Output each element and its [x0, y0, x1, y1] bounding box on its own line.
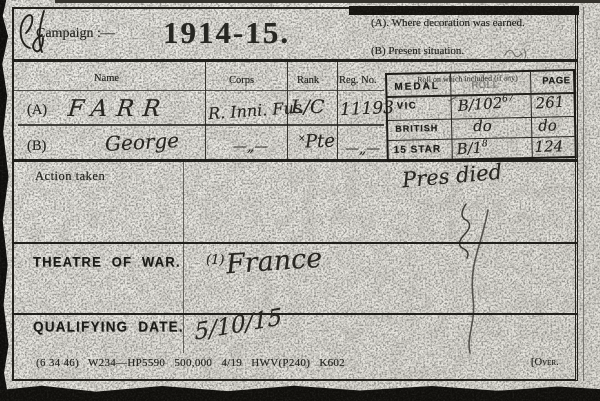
roll-ref-victory: B/10267	[457, 93, 514, 115]
roll-column-header: ROLL	[471, 80, 498, 92]
page-ref-15star: 124	[534, 137, 563, 156]
qualifying-date-label: QUALIFYING DATE.	[33, 318, 184, 334]
scan-bottom-black-edge	[0, 384, 600, 401]
present-situation-label: (B) Present situation.	[371, 45, 464, 57]
top-right-stamped-bar	[349, 6, 579, 15]
roll-ref-british-base: do	[473, 117, 492, 135]
rank-value-row-b: Pte	[305, 130, 336, 152]
surname-value: FARR	[67, 96, 171, 122]
column-header-name: Name	[94, 73, 119, 84]
medal-column-header: MEDAL	[394, 81, 440, 93]
rank-value-row-a: L/C	[291, 96, 325, 118]
row-a-underline	[18, 124, 384, 126]
roll-ref-victory-base: B/102	[457, 94, 503, 115]
forename-value: George	[104, 128, 179, 156]
table-header-underline	[14, 90, 384, 91]
roll-ref-15star-base: B/1	[456, 138, 483, 158]
medal-box-divider-1	[450, 74, 453, 159]
column-divider-rank-reg	[337, 62, 338, 161]
row-a-prefix: (A)	[27, 102, 47, 119]
medal-roll-stamp-box: Roll on which included (if any) MEDAL RO…	[385, 69, 577, 162]
medal-index-card-scan: Campaign :— 1914-15. (A). Where decorati…	[0, 0, 600, 401]
column-header-reg-no: Reg. No.	[339, 75, 377, 86]
roll-ref-british: do	[473, 117, 492, 135]
column-header-rank: Rank	[297, 75, 319, 86]
roll-ref-15star: B/18	[456, 138, 489, 158]
header-divider-rule	[13, 59, 577, 62]
action-taken-label: Action taken	[35, 169, 105, 184]
print-code-imprint: (6 34 46) W234—HP5590 500,000 4/19 HWV(P…	[36, 357, 345, 369]
campaign-year-title: 1914-15.	[163, 15, 290, 51]
theatre-of-war-label: THEATRE OF WAR.	[33, 253, 181, 269]
column-divider-name-corps	[205, 62, 206, 161]
campaign-label: Campaign :—	[36, 26, 115, 42]
medal-row-victory: VIC	[397, 100, 418, 111]
reg-no-ditto-mark: —„—	[345, 141, 380, 157]
roll-ref-15star-sup: 8	[482, 139, 488, 149]
page-ref-victory: 261	[535, 93, 565, 113]
card-inner-right-border	[583, 7, 584, 381]
column-header-corps: Corps	[229, 75, 254, 86]
page-ref-british: do	[538, 116, 557, 134]
scan-left-black-edge	[0, 0, 9, 401]
corps-ditto-mark: —„—	[233, 139, 268, 155]
medal-row-british: BRITISH	[395, 123, 438, 134]
row-b-prefix: (B)	[27, 138, 46, 155]
over-label: [Over.	[531, 357, 559, 368]
page-column-header: PAGE	[542, 75, 570, 87]
theatre-number-prefix: (1)	[206, 253, 224, 268]
where-decoration-label: (A). Where decoration was earned.	[371, 17, 525, 29]
medal-box-divider-2	[530, 72, 533, 157]
medal-row-15star: 15 STAR	[394, 144, 442, 156]
theatre-qualifying-rule	[13, 313, 577, 315]
scan-top-black-edge	[55, 0, 600, 3]
roll-ref-victory-sup: 67	[502, 94, 514, 105]
